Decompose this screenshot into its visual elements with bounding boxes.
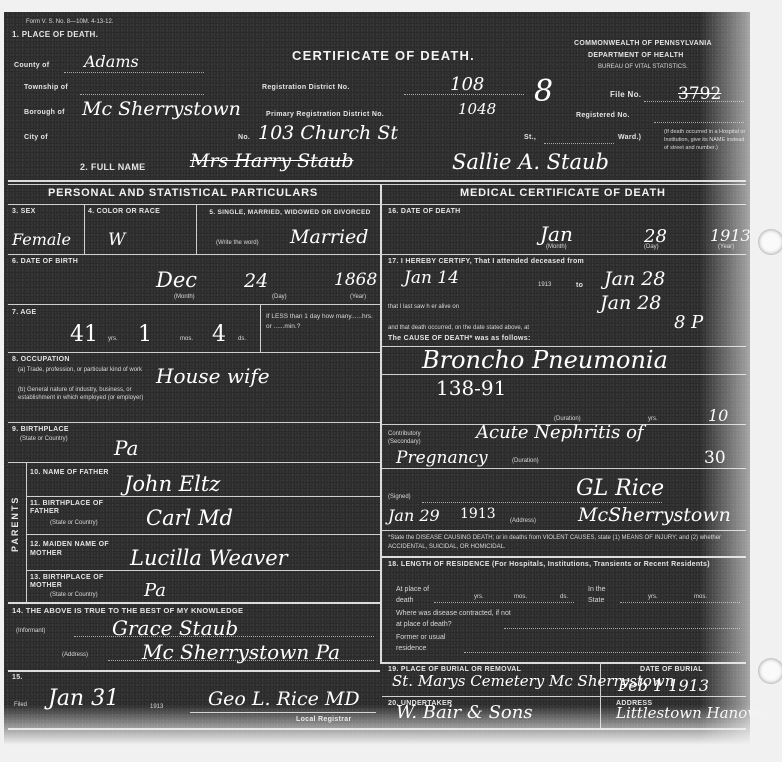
dod-month: Jan bbox=[540, 222, 573, 246]
signed-label: (Signed) bbox=[388, 494, 411, 500]
death-certificate: Form V. S. No. 8—10M. 4-13-12. 1. PLACE … bbox=[4, 12, 750, 747]
cause-footnote: *State the DISEASE CAUSING DEATH; or in … bbox=[388, 534, 744, 552]
sex-label: 3. SEX bbox=[12, 208, 36, 215]
age-months-unit: mos. bbox=[180, 336, 193, 342]
correction-mark: 8 bbox=[534, 74, 553, 109]
attended-to: Jan 28 bbox=[604, 268, 665, 290]
attended-to-label: to bbox=[576, 282, 583, 289]
cause-value: Broncho Pneumonia bbox=[422, 346, 668, 374]
full-name-struck: Mrs Harry Staub bbox=[190, 150, 354, 172]
registration-district-value: 108 bbox=[450, 74, 484, 95]
county-label: County of bbox=[14, 62, 49, 69]
dob-label: 6. DATE OF BIRTH bbox=[12, 258, 78, 265]
dod-year-caption: (Year) bbox=[718, 244, 734, 250]
age-days-unit: ds. bbox=[238, 336, 246, 342]
full-name-value: Sallie A. Staub bbox=[452, 150, 609, 174]
cause-duration-value: 10 bbox=[708, 406, 728, 425]
occupation-label: 8. OCCUPATION bbox=[12, 356, 70, 363]
registered-number-label: Registered No. bbox=[576, 112, 630, 119]
last-saw-value: Jan 28 bbox=[600, 292, 661, 314]
death-time-label: and that death occurred, on the date sta… bbox=[388, 325, 529, 331]
informant-address-value: Mc Sherrystown Pa bbox=[142, 640, 340, 664]
mother-birthplace-hint: (State or Country) bbox=[50, 592, 98, 598]
father-birthplace-hint: (State or Country) bbox=[50, 520, 98, 526]
dob-month: Dec bbox=[156, 268, 197, 292]
registration-district-label: Registration District No. bbox=[262, 84, 350, 91]
father-name-value: John Eltz bbox=[124, 472, 220, 496]
street-suffix-label: St., bbox=[524, 134, 536, 141]
father-name-label: 10. NAME OF FATHER bbox=[30, 468, 110, 477]
at-place-yrs: yrs. bbox=[474, 594, 484, 600]
township-label: Township of bbox=[24, 84, 68, 91]
in-state-label: In the State bbox=[588, 584, 620, 606]
filed-label: Filed bbox=[14, 702, 27, 708]
informant-value: Grace Staub bbox=[112, 616, 238, 640]
in-state-mos: mos. bbox=[694, 594, 707, 600]
medical-header: MEDICAL CERTIFICATE OF DEATH bbox=[460, 187, 666, 199]
dob-year-caption: (Year) bbox=[350, 294, 366, 300]
place-of-death-label: 1. PLACE OF DEATH. bbox=[12, 30, 98, 39]
ward-label: Ward.) bbox=[618, 134, 641, 141]
mother-birthplace-label: 13. BIRTHPLACE OF MOTHER bbox=[30, 574, 120, 590]
father-birthplace-label: 11. BIRTHPLACE OF FATHER bbox=[30, 500, 120, 516]
age-less-note: If LESS than 1 day how many......hrs. or… bbox=[266, 312, 378, 332]
parents-side-label: PARENTS bbox=[10, 496, 20, 552]
personal-header: PERSONAL AND STATISTICAL PARTICULARS bbox=[48, 187, 318, 199]
primary-district-value: 1048 bbox=[458, 100, 496, 118]
agency-line3: BUREAU OF VITAL STATISTICS. bbox=[598, 64, 688, 70]
file-number-value: 3792 bbox=[678, 84, 721, 104]
undertaker-value: W. Bair & Sons bbox=[396, 702, 533, 723]
attended-from: Jan 14 bbox=[404, 268, 459, 288]
dob-year: 1868 bbox=[334, 270, 377, 290]
street-number-label: No. bbox=[238, 134, 250, 141]
mother-birthplace-value: Pa bbox=[144, 580, 166, 601]
color-race-value: W bbox=[108, 230, 125, 250]
age-years: 41 bbox=[70, 322, 98, 347]
cause-duration-unit: yrs. bbox=[648, 416, 658, 422]
signed-date: Jan 29 bbox=[388, 506, 440, 525]
hospital-note: (If death occurred in a Hospital or Inst… bbox=[664, 128, 746, 152]
last-saw-label: that I last saw h er alive on bbox=[388, 304, 459, 310]
contributory-value-2: Pregnancy bbox=[396, 448, 488, 468]
occupation-value: House wife bbox=[156, 364, 270, 388]
dob-day: 24 bbox=[244, 270, 268, 292]
street-value: 103 Church St bbox=[258, 122, 398, 144]
age-days: 4 bbox=[212, 322, 226, 347]
dod-year: 1913 bbox=[710, 226, 751, 245]
color-race-label: 4. COLOR OR RACE bbox=[88, 208, 160, 215]
birthplace-value: Pa bbox=[114, 436, 138, 460]
filed-year: 1913 bbox=[150, 704, 163, 710]
registrar-label: Local Registrar bbox=[296, 716, 351, 723]
contributory-duration-label: (Duration) bbox=[512, 458, 539, 464]
contributory-label: Contributory (Secondary) bbox=[388, 430, 448, 446]
undertaker-address-value: Littlestown Hanover bbox=[616, 704, 772, 722]
county-value: Adams bbox=[84, 52, 139, 71]
age-months: 1 bbox=[138, 322, 152, 347]
filed-value: Jan 31 bbox=[48, 686, 119, 711]
contributory-duration-value: 30 bbox=[704, 448, 726, 468]
birthplace-hint: (State or Country) bbox=[20, 436, 68, 442]
punch-hole-top bbox=[758, 229, 782, 255]
residence-section-label: 18. LENGTH OF RESIDENCE (For Hospitals, … bbox=[388, 560, 744, 570]
burial-date-value: Feb 1 1913 bbox=[618, 676, 709, 695]
marital-hint: (Write the word) bbox=[216, 240, 259, 246]
in-state-yrs: yrs. bbox=[648, 594, 658, 600]
burial-date-label: DATE OF BURIAL bbox=[640, 666, 703, 673]
registrar-signature: Geo L. Rice MD bbox=[208, 688, 360, 710]
primary-district-label: Primary Registration District No. bbox=[266, 111, 384, 118]
file-number-label: File No. bbox=[610, 90, 641, 99]
city-label: City of bbox=[24, 134, 48, 141]
occupation-b-label: (b) General nature of industry, business… bbox=[18, 386, 158, 402]
marital-value: Married bbox=[290, 226, 368, 248]
cause-label: The CAUSE OF DEATH* was as follows: bbox=[388, 335, 531, 342]
certify-label: 17. I HEREBY CERTIFY, That I attended de… bbox=[388, 258, 584, 265]
dod-day-caption: (Day) bbox=[644, 244, 659, 250]
borough-label: Borough of bbox=[24, 109, 65, 116]
cause-code: 138-91 bbox=[436, 376, 506, 400]
signed-value: GL Rice bbox=[576, 476, 664, 501]
former-residence-label: Former or usual residence bbox=[396, 632, 476, 654]
informant-section-label: 14. THE ABOVE IS TRUE TO THE BEST OF MY … bbox=[12, 606, 243, 615]
father-birthplace-value: Carl Md bbox=[146, 506, 233, 530]
age-years-unit: yrs. bbox=[108, 336, 118, 342]
signed-address-value: McSherrystown bbox=[578, 504, 731, 526]
death-time-value: 8 P bbox=[674, 312, 703, 333]
punch-hole-bottom bbox=[758, 658, 782, 684]
at-place-mos: mos. bbox=[514, 594, 527, 600]
filing-section-label: 15. bbox=[12, 674, 23, 681]
informant-label: (Informant) bbox=[16, 628, 45, 634]
mother-name-value: Lucilla Weaver bbox=[130, 546, 288, 570]
dod-label: 16. DATE OF DEATH bbox=[388, 208, 461, 215]
informant-address-label: (Address) bbox=[62, 652, 88, 658]
dob-month-caption: (Month) bbox=[174, 294, 195, 300]
dod-month-caption: (Month) bbox=[546, 244, 567, 250]
contracted-label: Where was disease contracted, if not at … bbox=[396, 608, 516, 630]
agency-line2: DEPARTMENT OF HEALTH bbox=[588, 52, 684, 59]
form-number: Form V. S. No. 8—10M. 4-13-12. bbox=[26, 19, 113, 25]
sex-value: Female bbox=[12, 230, 71, 249]
contributory-value: Acute Nephritis of bbox=[476, 422, 644, 443]
age-label: 7. AGE bbox=[12, 309, 37, 316]
at-place-ds: ds. bbox=[560, 594, 568, 600]
marital-status-label: 5. SINGLE, MARRIED, WIDOWED OR DIVORCED bbox=[200, 208, 380, 217]
occupation-a-label: (a) Trade, profession, or particular kin… bbox=[18, 366, 148, 374]
mother-name-label: 12. MAIDEN NAME OF MOTHER bbox=[30, 540, 130, 558]
signed-address-label: (Address) bbox=[510, 518, 536, 524]
birthplace-label: 9. BIRTHPLACE bbox=[12, 426, 69, 433]
attended-from-year: 1913 bbox=[538, 282, 551, 288]
full-name-label: 2. FULL NAME bbox=[80, 162, 145, 172]
dob-day-caption: (Day) bbox=[272, 294, 287, 300]
borough-value: Mc Sherrystown bbox=[82, 98, 241, 120]
agency-line1: COMMONWEALTH OF PENNSYLVANIA bbox=[574, 40, 712, 47]
certificate-title: CERTIFICATE OF DEATH. bbox=[292, 48, 475, 63]
signed-year: 1913 bbox=[460, 506, 496, 522]
